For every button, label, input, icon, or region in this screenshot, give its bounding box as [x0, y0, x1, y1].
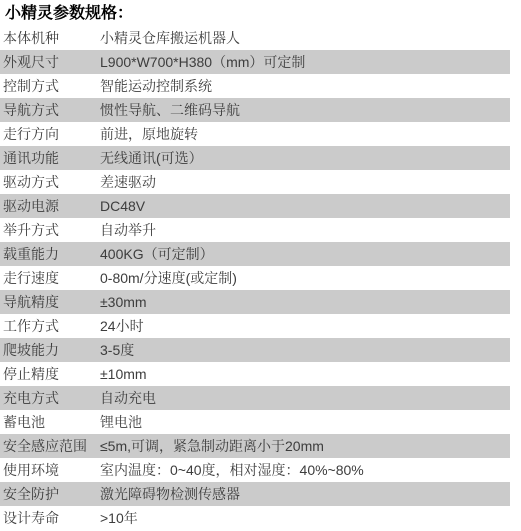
spec-value: 差速驱动 — [100, 170, 510, 194]
spec-value: L900*W700*H380（mm）可定制 — [100, 50, 510, 74]
page-title: 小精灵参数规格： — [0, 0, 521, 26]
spec-value: 无线通讯(可选） — [100, 146, 510, 170]
spec-label: 设计寿命 — [0, 506, 100, 530]
spec-label: 停止精度 — [0, 362, 100, 386]
spec-label: 导航方式 — [0, 98, 100, 122]
spec-value: 锂电池 — [100, 410, 510, 434]
spec-sheet: 小精灵参数规格： 本体机种小精灵仓库搬运机器人外观尺寸L900*W700*H38… — [0, 0, 521, 531]
table-row: 导航精度±30mm — [0, 290, 510, 314]
spec-label: 使用环境 — [0, 458, 100, 482]
spec-label: 安全防护 — [0, 482, 100, 506]
table-row: 控制方式智能运动控制系统 — [0, 74, 510, 98]
table-row: 充电方式自动充电 — [0, 386, 510, 410]
table-row: 驱动方式差速驱动 — [0, 170, 510, 194]
table-row: 载重能力400KG（可定制） — [0, 242, 510, 266]
spec-label: 本体机种 — [0, 26, 100, 50]
table-row: 爬坡能力3-5度 — [0, 338, 510, 362]
spec-label: 安全感应范围 — [0, 434, 100, 458]
table-row: 走行方向前进，原地旋转 — [0, 122, 510, 146]
spec-value: 400KG（可定制） — [100, 242, 510, 266]
table-row: 走行速度0-80m/分速度(或定制) — [0, 266, 510, 290]
spec-value: 前进，原地旋转 — [100, 122, 510, 146]
spec-label: 导航精度 — [0, 290, 100, 314]
table-row: 通讯功能无线通讯(可选） — [0, 146, 510, 170]
table-row: 设计寿命>10年 — [0, 506, 510, 530]
table-row: 使用环境室内温度：0~40度，相对湿度：40%~80% — [0, 458, 510, 482]
spec-label: 外观尺寸 — [0, 50, 100, 74]
spec-label: 载重能力 — [0, 242, 100, 266]
table-row: 导航方式惯性导航、二维码导航 — [0, 98, 510, 122]
table-row: 安全防护激光障碍物检测传感器 — [0, 482, 510, 506]
table-row: 外观尺寸L900*W700*H380（mm）可定制 — [0, 50, 510, 74]
spec-label: 走行速度 — [0, 266, 100, 290]
spec-label: 走行方向 — [0, 122, 100, 146]
spec-label: 举升方式 — [0, 218, 100, 242]
spec-value: 3-5度 — [100, 338, 510, 362]
spec-label: 爬坡能力 — [0, 338, 100, 362]
spec-label: 充电方式 — [0, 386, 100, 410]
spec-label: 驱动电源 — [0, 194, 100, 218]
table-row: 驱动电源DC48V — [0, 194, 510, 218]
spec-value: 激光障碍物检测传感器 — [100, 482, 510, 506]
spec-value: 自动举升 — [100, 218, 510, 242]
table-row: 蓄电池锂电池 — [0, 410, 510, 434]
spec-value: 室内温度：0~40度，相对湿度：40%~80% — [100, 458, 510, 482]
spec-label: 工作方式 — [0, 314, 100, 338]
table-row: 工作方式24小时 — [0, 314, 510, 338]
table-row: 本体机种小精灵仓库搬运机器人 — [0, 26, 510, 50]
spec-value: 自动充电 — [100, 386, 510, 410]
spec-label: 驱动方式 — [0, 170, 100, 194]
spec-value: 24小时 — [100, 314, 510, 338]
spec-table: 本体机种小精灵仓库搬运机器人外观尺寸L900*W700*H380（mm）可定制控… — [0, 26, 510, 530]
table-row: 安全感应范围≤5m,可调，紧急制动距离小于20mm — [0, 434, 510, 458]
spec-label: 蓄电池 — [0, 410, 100, 434]
spec-value: >10年 — [100, 506, 510, 530]
spec-value: 智能运动控制系统 — [100, 74, 510, 98]
spec-label: 通讯功能 — [0, 146, 100, 170]
spec-value: 0-80m/分速度(或定制) — [100, 266, 510, 290]
spec-value: 惯性导航、二维码导航 — [100, 98, 510, 122]
spec-value: DC48V — [100, 194, 510, 218]
spec-value: ±30mm — [100, 290, 510, 314]
table-row: 停止精度±10mm — [0, 362, 510, 386]
table-row: 举升方式自动举升 — [0, 218, 510, 242]
spec-label: 控制方式 — [0, 74, 100, 98]
spec-value: ±10mm — [100, 362, 510, 386]
spec-value: ≤5m,可调，紧急制动距离小于20mm — [100, 434, 510, 458]
spec-value: 小精灵仓库搬运机器人 — [100, 26, 510, 50]
